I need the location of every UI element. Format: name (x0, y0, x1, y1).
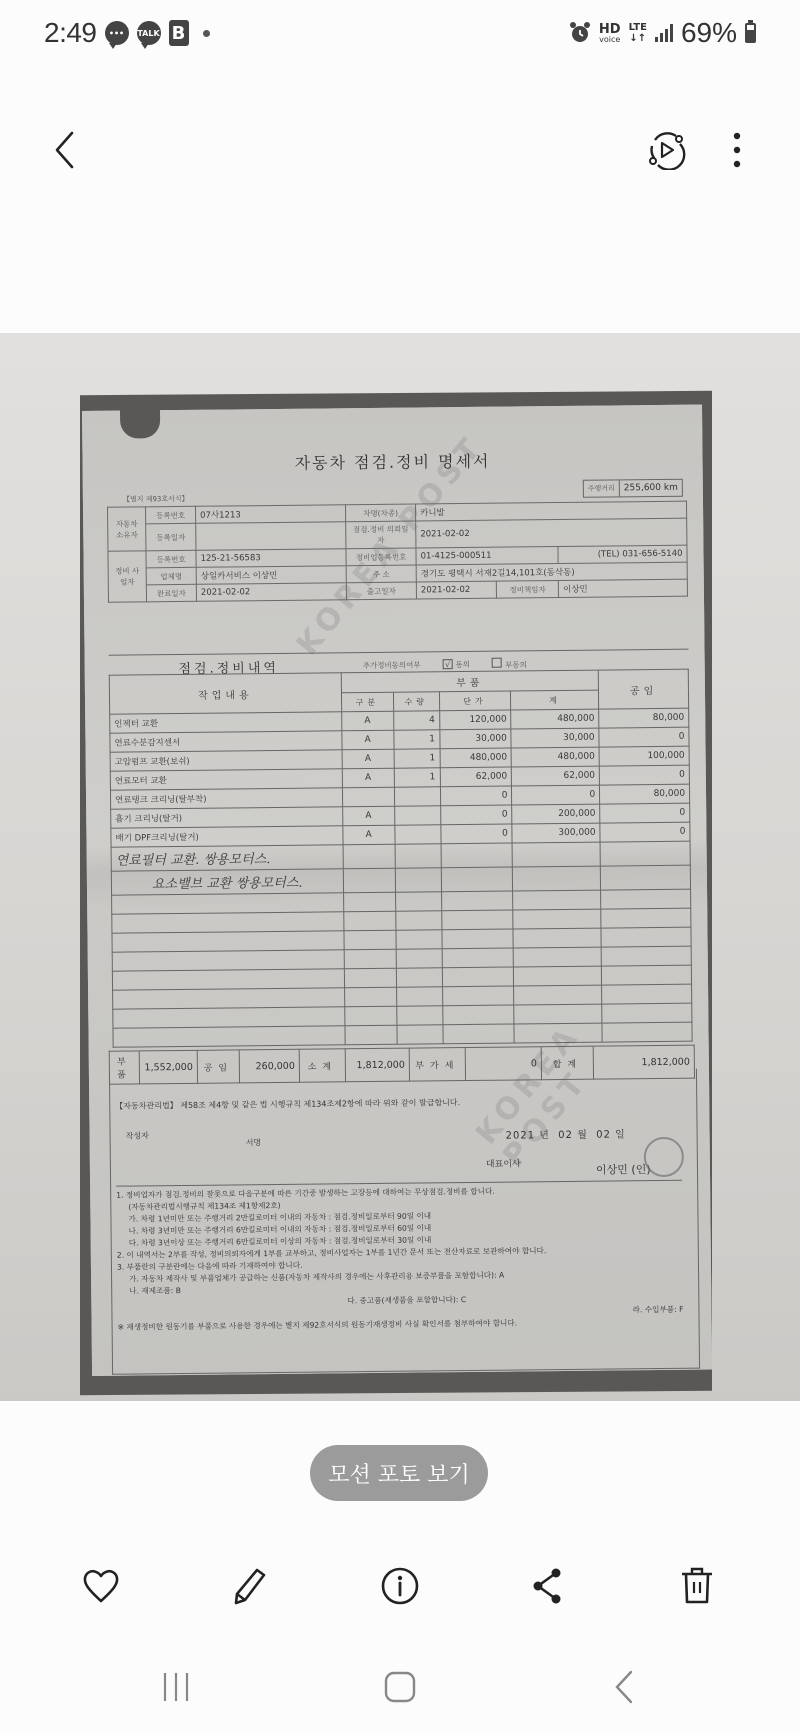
motion-photo-play-button[interactable] (640, 122, 692, 178)
unit-price: 0 (440, 786, 512, 806)
label: 주 소 (346, 565, 416, 583)
label: 출고일자 (346, 582, 416, 600)
total: 0 (512, 785, 600, 805)
mileage-box: 주행거리 255,600 km (583, 479, 683, 498)
type: A (343, 825, 395, 845)
item: 연료수분감지센서 (110, 731, 342, 752)
favorite-button[interactable] (70, 1555, 132, 1617)
type (342, 787, 394, 807)
label: 점검.정비 의뢰일자 (346, 521, 416, 549)
day-unit: 일 (615, 1129, 626, 1140)
lte-indicator: LTE↓↑ (629, 22, 647, 44)
unit-price: 0 (440, 805, 512, 825)
consent-no-label: 부동의 (505, 660, 527, 669)
type: A (341, 711, 393, 731)
total: 480,000 (511, 747, 599, 767)
labor: 0 (599, 727, 689, 747)
more-options-button[interactable] (712, 122, 762, 178)
total: 200,000 (512, 804, 600, 824)
more-vertical-icon (733, 132, 741, 168)
mileage-label: 주행거리 (584, 480, 620, 496)
request-date: 2021-02-02 (416, 518, 687, 548)
motion-play-icon (646, 130, 686, 170)
handwritten-note: 연료필터 교환. 쌍용모터스. (111, 845, 343, 871)
day: 02 (596, 1130, 611, 1141)
battery-icon (745, 23, 756, 43)
shop-reg-no: 01-4125-000511 (416, 547, 558, 565)
labor: 80,000 (600, 784, 690, 804)
total: 62,000 (512, 766, 600, 786)
recent-apps-button[interactable] (150, 1661, 202, 1713)
item: 고압펌프 교환(보쉬) (110, 750, 342, 771)
document-title: 자동차 점검.정비 명세서 (96, 447, 688, 476)
writer-label: 작성자 (126, 1130, 149, 1141)
alarm-icon (569, 21, 591, 45)
label: 완료일자 (146, 584, 196, 602)
label: 등록번호 (146, 550, 196, 568)
unit-price: 0 (440, 824, 512, 844)
recent-apps-icon (161, 1671, 191, 1703)
notes: 1. 정비업자가 점검.정비의 잘못으로 다음구분에 따른 기간중 발생하는 고… (116, 1180, 684, 1334)
rep-label: 대표이사 (486, 1156, 521, 1169)
qty: 1 (394, 768, 440, 787)
label: 등록번호 (146, 506, 196, 524)
home-button[interactable] (374, 1661, 426, 1713)
nav-back-button[interactable] (598, 1661, 650, 1713)
owner-group-label: 자동차 소유자 (108, 507, 146, 551)
details-button[interactable] (369, 1555, 431, 1617)
unit-price: 30,000 (439, 729, 511, 749)
heart-icon (81, 1568, 121, 1604)
work-items-table: 작업내용 부품 공임 구분 수량 단가 계 인젝터 교환 A 4 120,000… (109, 669, 693, 1048)
back-icon (613, 1670, 635, 1704)
photo-viewer-image[interactable]: KOREA POST KOREA POST 자동차 점검.정비 명세서 【별지 … (0, 333, 800, 1401)
year-unit: 년 (539, 1130, 550, 1141)
total: 300,000 (512, 823, 600, 843)
qty (395, 825, 441, 844)
month-unit: 월 (577, 1130, 588, 1141)
qty (394, 787, 440, 806)
seal-stamp-icon (644, 1137, 684, 1177)
label: 정비업등록번호 (346, 548, 416, 566)
label: 정비책임자 (496, 581, 558, 599)
type: A (342, 730, 394, 750)
unit-price: 62,000 (440, 767, 512, 787)
back-button[interactable] (40, 122, 90, 178)
tel: (TEL) 031-656-5140 (558, 545, 687, 563)
inspection-statement: 자동차 점검.정비 명세서 【별지 제93호서식】 주행거리 255,600 k… (82, 405, 703, 476)
business-group-label: 정비 사업자 (108, 551, 147, 602)
kakaotalk-icon: TALK (137, 21, 161, 45)
clock: 2:49 (44, 17, 97, 49)
item: 연료모터 교환 (110, 769, 342, 790)
consent-yes: √동의 (443, 659, 471, 670)
viewer-top-bar (0, 110, 800, 190)
vehicle-info-table: 자동차 소유자 등록번호 07사1213 차명(차종) 카니발 등록일자 점검.… (107, 501, 688, 603)
checkbox-checked-icon: √ (443, 659, 453, 669)
pencil-icon (231, 1566, 269, 1606)
signature-label: 서명 (246, 1137, 262, 1148)
chat-bubble-icon: ••• (105, 21, 129, 45)
b-app-icon: B (169, 20, 189, 46)
item: 인젝터 교환 (110, 712, 342, 733)
type: A (342, 806, 394, 826)
chevron-left-icon (52, 130, 78, 170)
year: 2021 (506, 1130, 536, 1141)
header-unit-price: 단가 (439, 691, 511, 711)
header-work: 작업내용 (109, 673, 341, 714)
header-parts: 부품 (341, 670, 599, 693)
label: 등록일자 (146, 523, 196, 551)
qty: 1 (394, 730, 440, 749)
complete-date: 2021-02-02 (196, 583, 346, 602)
info-icon (380, 1566, 420, 1606)
delete-button[interactable] (666, 1555, 728, 1617)
unit-price: 120,000 (439, 710, 511, 730)
month: 02 (558, 1130, 573, 1141)
item: 배기 DPF크리닝(탈거) (111, 826, 343, 847)
view-motion-photo-button[interactable]: 모션 포토 보기 (310, 1445, 488, 1501)
trash-icon (679, 1566, 715, 1606)
total: 480,000 (511, 709, 599, 729)
rep-name-text: 이상민 (596, 1163, 628, 1176)
owner-reg-date (196, 522, 346, 551)
type: A (342, 768, 394, 788)
header-type: 구분 (341, 692, 393, 712)
edit-button[interactable] (219, 1555, 281, 1617)
item: 흡기 크리닝(탈거) (111, 807, 343, 828)
share-icon (530, 1566, 564, 1606)
consent-label: 추가정비동의여부 (363, 659, 421, 671)
issue-date: 2021 년 02 월 02 일 (506, 1125, 626, 1141)
handwritten-note: 요소밸브 교환 쌍용모터스. (111, 869, 343, 895)
labor: 0 (600, 822, 690, 842)
form-number: 【별지 제93호서식】 (123, 494, 189, 505)
biz-name: 상일카서비스 이상민 (196, 566, 346, 585)
hd-voice-indicator: HDvoice (599, 23, 621, 44)
qty: 1 (394, 749, 440, 768)
header-qty: 수량 (393, 692, 439, 711)
labor: 0 (600, 803, 690, 823)
bottom-action-bar (0, 1555, 800, 1617)
header-labor: 공임 (598, 669, 688, 709)
battery-percent: 69% (681, 17, 737, 49)
owner-reg-no: 07사1213 (196, 505, 346, 524)
label: 업체명 (146, 567, 196, 585)
item: 연료탱크 크리닝(탈부착) (110, 788, 342, 809)
labor: 100,000 (599, 746, 689, 766)
checkbox-empty-icon (492, 658, 502, 668)
more-notifications-dot-icon (203, 30, 210, 37)
consent-no: 부동의 (492, 657, 527, 670)
header-total: 계 (511, 690, 599, 710)
type: A (342, 749, 394, 769)
biz-reg-no: 125-21-56583 (196, 549, 346, 568)
signal-icon (655, 24, 673, 42)
document-paper: KOREA POST KOREA POST 자동차 점검.정비 명세서 【별지 … (82, 405, 712, 1376)
labor: 0 (599, 765, 689, 785)
mileage-value: 255,600 km (620, 480, 682, 497)
manager: 이상민 (559, 579, 688, 597)
qty: 4 (393, 711, 439, 730)
consent-yes-label: 동의 (456, 660, 471, 669)
labor: 80,000 (599, 708, 689, 728)
share-button[interactable] (516, 1555, 578, 1617)
rep-name: 이상민 (인) (596, 1161, 651, 1178)
total: 30,000 (511, 728, 599, 748)
home-icon (383, 1670, 417, 1704)
status-bar: 2:49 ••• TALK B HDvoice LTE↓↑ 69% (0, 0, 800, 66)
label: 차명(차종) (345, 504, 415, 522)
unit-price: 480,000 (440, 748, 512, 768)
qty (394, 806, 440, 825)
system-navigation-bar (0, 1655, 800, 1727)
release-date: 2021-02-02 (416, 581, 496, 599)
